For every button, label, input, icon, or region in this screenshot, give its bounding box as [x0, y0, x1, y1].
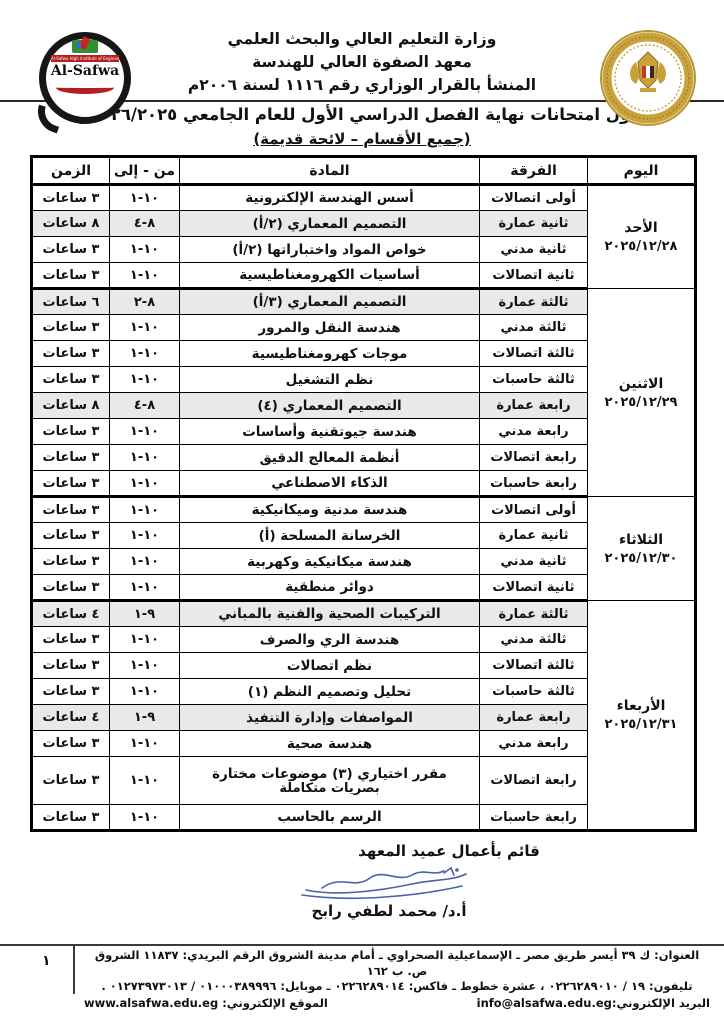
subject-cell: أسس الهندسة الإلكترونية [180, 185, 480, 211]
duration-cell: ٣ ساعات [32, 419, 110, 445]
from-to-cell-text: ١٠-١ [130, 773, 159, 788]
subject-cell: التصميم المعماري (٤) [180, 393, 480, 419]
from-to-cell-text: ٨-٤ [134, 398, 155, 413]
grade-cell: رابعة اتصالات [480, 445, 588, 471]
grade-cell: ثانية اتصالات [480, 263, 588, 289]
subject-cell-text: أسس الهندسة الإلكترونية [245, 190, 413, 206]
from-to-cell: ١٠-١ [110, 549, 180, 575]
duration-cell-text: ٣ ساعات [43, 268, 100, 283]
grade-cell: ثالثة عمارة [480, 601, 588, 627]
duration-cell: ٤ ساعات [32, 705, 110, 731]
duration-cell-text: ٤ ساعات [43, 710, 100, 725]
duration-cell: ٣ ساعات [32, 731, 110, 757]
dean-title-line: قائم بأعمال عميد المعهد [294, 842, 604, 860]
duration-cell: ٣ ساعات [32, 627, 110, 653]
duration-cell-text: ٣ ساعات [43, 632, 100, 647]
from-to-cell: ١٠-١ [110, 805, 180, 831]
duration-cell: ٣ ساعات [32, 497, 110, 523]
duration-cell-text: ٣ ساعات [43, 476, 100, 491]
grade-cell-text: ثالثة مدني [501, 632, 567, 647]
subject-cell: الذكاء الاصطناعي [180, 471, 480, 497]
subject-cell-text: الذكاء الاصطناعي [271, 475, 387, 491]
grade-cell: رابعة مدني [480, 731, 588, 757]
from-to-cell-text: ١٠-١ [130, 580, 159, 595]
duration-cell: ٦ ساعات [32, 289, 110, 315]
duration-cell: ٣ ساعات [32, 575, 110, 601]
duration-cell-text: ٣ ساعات [43, 528, 100, 543]
subject-cell-text: نظم اتصالات [287, 658, 372, 674]
grade-cell-text: رابعة مدني [498, 736, 568, 751]
duration-cell-text: ٣ ساعات [43, 684, 100, 699]
duration-cell: ٤ ساعات [32, 601, 110, 627]
duration-cell-text: ٦ ساعات [43, 295, 100, 310]
from-to-cell: ١٠-١ [110, 263, 180, 289]
from-to-cell-text: ١٠-١ [130, 346, 159, 361]
subject-cell-text: هندسة جيوتقنية وأساسات [242, 424, 417, 440]
day-date: ٢٠٢٥/١٢/٣١ [588, 717, 694, 732]
subject-cell: هندسة جيوتقنية وأساسات [180, 419, 480, 445]
subject-cell-text: أنظمة المعالج الدقيق [260, 450, 400, 466]
from-to-cell-text: ١٠-١ [130, 684, 159, 699]
grade-cell: ثانية اتصالات [480, 575, 588, 601]
subject-cell-text: مقرر اختياري (٣) موضوعات مختارة [212, 766, 447, 782]
duration-cell-text: ٣ ساعات [43, 736, 100, 751]
grade-cell: ثالثة اتصالات [480, 653, 588, 679]
from-to-cell: ١٠-١ [110, 237, 180, 263]
from-to-cell: ١٠-١ [110, 341, 180, 367]
duration-cell: ٨ ساعات [32, 211, 110, 237]
subject-cell-line2: بصريات متكاملة [180, 782, 479, 796]
grade-cell-text: رابعة عمارة [496, 710, 570, 725]
subject-cell: الرسم بالحاسب [180, 805, 480, 831]
from-to-cell: ١٠-١ [110, 315, 180, 341]
from-to-cell: ١٠-١ [110, 497, 180, 523]
subject-cell: الخرسانة المسلحة (أ) [180, 523, 480, 549]
exam-schedule-table-wrap: اليوم الفرقة المادة من - إلى الزمن الأحد… [30, 155, 696, 832]
subject-cell-text: هندسة ميكانيكية وكهربية [247, 554, 412, 570]
table-header-row: اليوم الفرقة المادة من - إلى الزمن [32, 157, 696, 185]
grade-cell-text: رابعة عمارة [496, 398, 570, 413]
grade-cell: رابعة عمارة [480, 393, 588, 419]
logo-banner-text: Al-Safwa High Institute of Engineering [51, 55, 119, 62]
grade-cell-text: ثانية اتصالات [492, 268, 574, 283]
subject-cell: هندسة النقل والمرور [180, 315, 480, 341]
subject-cell-text: الخرسانة المسلحة (أ) [259, 528, 401, 544]
duration-cell: ٣ ساعات [32, 549, 110, 575]
grade-cell: ثالثة مدني [480, 315, 588, 341]
from-to-cell: ١٠-١ [110, 653, 180, 679]
duration-cell: ٣ ساعات [32, 263, 110, 289]
from-to-cell-text: ١٠-١ [130, 736, 159, 751]
duration-cell: ٨ ساعات [32, 393, 110, 419]
header-text-block: وزارة التعليم العالي والبحث العلمي معهد … [180, 28, 544, 97]
subject-cell-text: التركيبات الصحية والفنية بالمباني [218, 606, 440, 622]
from-to-cell-text: ١٠-١ [130, 242, 159, 257]
grade-cell: ثانية مدني [480, 237, 588, 263]
grade-cell-text: ثالثة اتصالات [492, 658, 574, 673]
subject-cell-text: التصميم المعماري (٣/أ) [253, 294, 407, 310]
from-to-cell-text: ١٠-١ [130, 320, 159, 335]
duration-cell: ٣ ساعات [32, 471, 110, 497]
subject-cell: هندسة الري والصرف [180, 627, 480, 653]
page-number: ١ [42, 953, 51, 969]
subject-cell: نظم التشغيل [180, 367, 480, 393]
day-name: الثلاثاء [588, 532, 694, 548]
duration-cell-text: ٣ ساعات [43, 242, 100, 257]
footer-email: البريد الإلكتروني:info@alsafwa.edu.eg [477, 996, 710, 1012]
duration-cell-text: ٣ ساعات [43, 191, 100, 206]
from-to-cell: ١٠-١ [110, 731, 180, 757]
footer-margin-line [73, 944, 75, 994]
from-to-cell-text: ١٠-١ [130, 810, 159, 825]
subject-cell: هندسة ميكانيكية وكهربية [180, 549, 480, 575]
day-cell: الثلاثاء٢٠٢٥/١٢/٣٠ [588, 497, 696, 601]
duration-cell-text: ٣ ساعات [43, 580, 100, 595]
dean-name-line: أ.د/ محمد لطفي رابح [294, 902, 484, 920]
from-to-cell: ١٠-١ [110, 471, 180, 497]
footer-phone-line: تليفون: ١٩ / ٠٢٢٦٢٨٩٠١٠ ، عشرة خطوط ـ فا… [84, 979, 710, 995]
email-label: البريد الإلكتروني: [612, 996, 710, 1010]
from-to-cell: ١٠-١ [110, 679, 180, 705]
duration-cell: ٣ ساعات [32, 757, 110, 805]
grade-cell-text: ثانية عمارة [499, 216, 569, 231]
duration-cell-text: ٤ ساعات [43, 607, 100, 622]
grade-cell: ثالثة مدني [480, 627, 588, 653]
subject-cell: أساسيات الكهرومغناطيسية [180, 263, 480, 289]
day-name: الاثنين [588, 376, 694, 392]
from-to-cell-text: ٨-٢ [134, 295, 155, 310]
subject-cell: هندسة صحية [180, 731, 480, 757]
subject-cell: التركيبات الصحية والفنية بالمباني [180, 601, 480, 627]
from-to-cell-text: ٨-٤ [134, 216, 155, 231]
day-cell: الأحد٢٠٢٥/١٢/٢٨ [588, 185, 696, 289]
from-to-cell: ١٠-١ [110, 419, 180, 445]
grade-cell: ثالثة عمارة [480, 289, 588, 315]
col-header-subject: المادة [180, 157, 480, 185]
duration-cell-text: ٣ ساعات [43, 346, 100, 361]
ministry-line: وزارة التعليم العالي والبحث العلمي [180, 28, 544, 51]
duration-cell: ٣ ساعات [32, 523, 110, 549]
footer-website: الموقع الإلكتروني: www.alsafwa.edu.eg [84, 996, 328, 1012]
grade-cell: ثانية عمارة [480, 523, 588, 549]
col-header-grade: الفرقة [480, 157, 588, 185]
signature-block: قائم بأعمال عميد المعهد أ.د/ محمد لطفي ر… [294, 842, 604, 920]
from-to-cell-text: ٩-١ [134, 607, 155, 622]
grade-cell-text: ثانية مدني [501, 242, 567, 257]
from-to-cell-text: ١٠-١ [130, 528, 159, 543]
day-cell: الاثنين٢٠٢٥/١٢/٢٩ [588, 289, 696, 497]
duration-cell-text: ٨ ساعات [43, 398, 100, 413]
footer-divider [0, 944, 724, 946]
duration-cell: ٣ ساعات [32, 805, 110, 831]
col-header-from-to: من - إلى [110, 157, 180, 185]
duration-cell: ٣ ساعات [32, 653, 110, 679]
subject-cell-text: الرسم بالحاسب [277, 809, 381, 825]
grade-cell-text: رابعة حاسبات [490, 476, 577, 491]
from-to-cell-text: ١٠-١ [130, 268, 159, 283]
subject-cell: مقرر اختياري (٣) موضوعات مختارةبصريات مت… [180, 757, 480, 805]
duration-cell-text: ٣ ساعات [43, 554, 100, 569]
grade-cell-text: ثالثة عمارة [499, 607, 569, 622]
from-to-cell: ٨-٤ [110, 211, 180, 237]
grade-cell: رابعة حاسبات [480, 471, 588, 497]
subject-cell-text: دوائر منطقية [285, 579, 374, 595]
from-to-cell-text: ١٠-١ [130, 632, 159, 647]
duration-cell: ٣ ساعات [32, 445, 110, 471]
subject-cell-text: خواص المواد واختباراتها (٢/أ) [232, 242, 426, 258]
duration-cell-text: ٣ ساعات [43, 773, 100, 788]
duration-cell-text: ٣ ساعات [43, 810, 100, 825]
grade-cell: أولى اتصالات [480, 497, 588, 523]
exam-row: الأحد٢٠٢٥/١٢/٢٨أولى اتصالاتأسس الهندسة ا… [32, 185, 696, 211]
grade-cell: أولى اتصالات [480, 185, 588, 211]
duration-cell: ٣ ساعات [32, 679, 110, 705]
duration-cell-text: ٨ ساعات [43, 216, 100, 231]
day-date: ٢٠٢٥/١٢/٢٨ [588, 239, 694, 254]
from-to-cell-text: ١٠-١ [130, 191, 159, 206]
subject-cell-text: المواصفات وإدارة التنفيذ [246, 710, 413, 726]
duration-cell: ٣ ساعات [32, 315, 110, 341]
ministry-eagle-emblem-icon [598, 28, 698, 128]
website-label: الموقع الإلكتروني: [222, 996, 328, 1010]
grade-cell-text: ثالثة عمارة [499, 295, 569, 310]
signature-ink-icon [294, 864, 484, 902]
from-to-cell-text: ١٠-١ [130, 554, 159, 569]
day-name: الأحد [588, 220, 694, 236]
duration-cell: ٣ ساعات [32, 341, 110, 367]
grade-cell: ثانية عمارة [480, 211, 588, 237]
decree-line: المنشأ بالقرار الوزاري رقم ١١١٦ لسنة ٢٠٠… [180, 74, 544, 97]
duration-cell-text: ٣ ساعات [43, 503, 100, 518]
col-header-day: اليوم [588, 157, 696, 185]
exam-row: الاثنين٢٠٢٥/١٢/٢٩ثالثة عمارةالتصميم المع… [32, 289, 696, 315]
day-date: ٢٠٢٥/١٢/٢٩ [588, 395, 694, 410]
subject-cell: خواص المواد واختباراتها (٢/أ) [180, 237, 480, 263]
grade-cell: رابعة مدني [480, 419, 588, 445]
grade-cell-text: ثالثة اتصالات [492, 346, 574, 361]
from-to-cell: ١٠-١ [110, 445, 180, 471]
duration-cell-text: ٣ ساعات [43, 424, 100, 439]
from-to-cell: ١٠-١ [110, 627, 180, 653]
subject-cell-text: تحليل وتصميم النظم (١) [248, 684, 411, 700]
from-to-cell-text: ١٠-١ [130, 372, 159, 387]
day-name: الأربعاء [588, 698, 694, 714]
duration-cell: ٣ ساعات [32, 185, 110, 211]
grade-cell: رابعة حاسبات [480, 805, 588, 831]
footer-address-line: العنوان: ك ٣٩ أيسر طريق مصر ـ الإسماعيلي… [84, 948, 710, 979]
grade-cell-text: أولى اتصالات [491, 503, 576, 518]
from-to-cell-text: ٩-١ [134, 710, 155, 725]
from-to-cell: ١٠-١ [110, 185, 180, 211]
from-to-cell: ٨-٤ [110, 393, 180, 419]
from-to-cell-text: ١٠-١ [130, 503, 159, 518]
subject-cell-text: هندسة صحية [287, 736, 372, 752]
duration-cell-text: ٣ ساعات [43, 450, 100, 465]
grade-cell: ثالثة حاسبات [480, 679, 588, 705]
logo-name-text: Al-Safwa [51, 63, 119, 79]
duration-cell: ٣ ساعات [32, 237, 110, 263]
from-to-cell-text: ١٠-١ [130, 658, 159, 673]
grade-cell-text: ثانية اتصالات [492, 580, 574, 595]
grade-cell-text: رابعة اتصالات [490, 450, 576, 465]
subject-cell: المواصفات وإدارة التنفيذ [180, 705, 480, 731]
website-url: www.alsafwa.edu.eg [84, 996, 218, 1010]
grade-cell-text: ثالثة حاسبات [492, 372, 575, 387]
day-date: ٢٠٢٥/١٢/٣٠ [588, 551, 694, 566]
grade-cell-text: ثانية مدني [501, 554, 567, 569]
grade-cell: ثانية مدني [480, 549, 588, 575]
subject-cell-text: التصميم المعماري (٤) [257, 398, 401, 414]
from-to-cell: ١٠-١ [110, 575, 180, 601]
grade-cell-text: رابعة اتصالات [490, 773, 576, 788]
duration-cell-text: ٣ ساعات [43, 658, 100, 673]
col-header-duration: الزمن [32, 157, 110, 185]
subject-cell-text: أساسيات الكهرومغناطيسية [239, 267, 420, 283]
institute-line: معهد الصفوة العالي للهندسة [180, 51, 544, 74]
duration-cell-text: ٣ ساعات [43, 320, 100, 335]
subject-cell: أنظمة المعالج الدقيق [180, 445, 480, 471]
from-to-cell: ١٠-١ [110, 523, 180, 549]
from-to-cell: ٨-٢ [110, 289, 180, 315]
from-to-cell: ٩-١ [110, 705, 180, 731]
subject-cell: نظم اتصالات [180, 653, 480, 679]
alsafwa-logo: Al-Safwa High Institute of Engineering A… [33, 30, 139, 136]
subject-cell-text: هندسة الري والصرف [260, 632, 399, 648]
grade-cell-text: ثانية عمارة [499, 528, 569, 543]
grade-cell: ثالثة حاسبات [480, 367, 588, 393]
email-address: info@alsafwa.edu.eg [477, 996, 612, 1010]
subject-cell: موجات كهرومغناطيسية [180, 341, 480, 367]
subject-cell: تحليل وتصميم النظم (١) [180, 679, 480, 705]
exam-row: الثلاثاء٢٠٢٥/١٢/٣٠أولى اتصالاتهندسة مدني… [32, 497, 696, 523]
grade-cell-text: أولى اتصالات [491, 191, 576, 206]
grade-cell-text: ثالثة مدني [501, 320, 567, 335]
subject-cell: دوائر منطقية [180, 575, 480, 601]
exam-schedule-table: اليوم الفرقة المادة من - إلى الزمن الأحد… [30, 155, 697, 832]
duration-cell: ٣ ساعات [32, 367, 110, 393]
grade-cell: ثالثة اتصالات [480, 341, 588, 367]
grade-cell-text: ثالثة حاسبات [492, 684, 575, 699]
duration-cell-text: ٣ ساعات [43, 372, 100, 387]
logo-arc-icon [56, 81, 114, 94]
subject-cell-text: موجات كهرومغناطيسية [252, 346, 408, 362]
subject-cell: هندسة مدنية وميكانيكية [180, 497, 480, 523]
subject-cell: التصميم المعماري (٢/أ) [180, 211, 480, 237]
grade-cell-text: رابعة مدني [498, 424, 568, 439]
from-to-cell: ٩-١ [110, 601, 180, 627]
grade-cell: رابعة عمارة [480, 705, 588, 731]
subject-cell-text: هندسة النقل والمرور [258, 320, 400, 336]
from-to-cell-text: ١٠-١ [130, 450, 159, 465]
subject-cell: التصميم المعماري (٣/أ) [180, 289, 480, 315]
from-to-cell: ١٠-١ [110, 367, 180, 393]
subject-cell-text: نظم التشغيل [286, 372, 374, 388]
subject-cell-text: التصميم المعماري (٢/أ) [253, 216, 407, 232]
subject-cell-text: هندسة مدنية وميكانيكية [252, 502, 408, 518]
from-to-cell: ١٠-١ [110, 757, 180, 805]
footer-contact-block: العنوان: ك ٣٩ أيسر طريق مصر ـ الإسماعيلي… [84, 948, 710, 1011]
exam-row: الأربعاء٢٠٢٥/١٢/٣١ثالثة عمارةالتركيبات ا… [32, 601, 696, 627]
document-page: Al-Safwa High Institute of Engineering A… [0, 0, 724, 1024]
from-to-cell-text: ١٠-١ [130, 476, 159, 491]
day-cell: الأربعاء٢٠٢٥/١٢/٣١ [588, 601, 696, 831]
logo-graphic-icon [72, 40, 98, 53]
grade-cell: رابعة اتصالات [480, 757, 588, 805]
from-to-cell-text: ١٠-١ [130, 424, 159, 439]
grade-cell-text: رابعة حاسبات [490, 810, 577, 825]
